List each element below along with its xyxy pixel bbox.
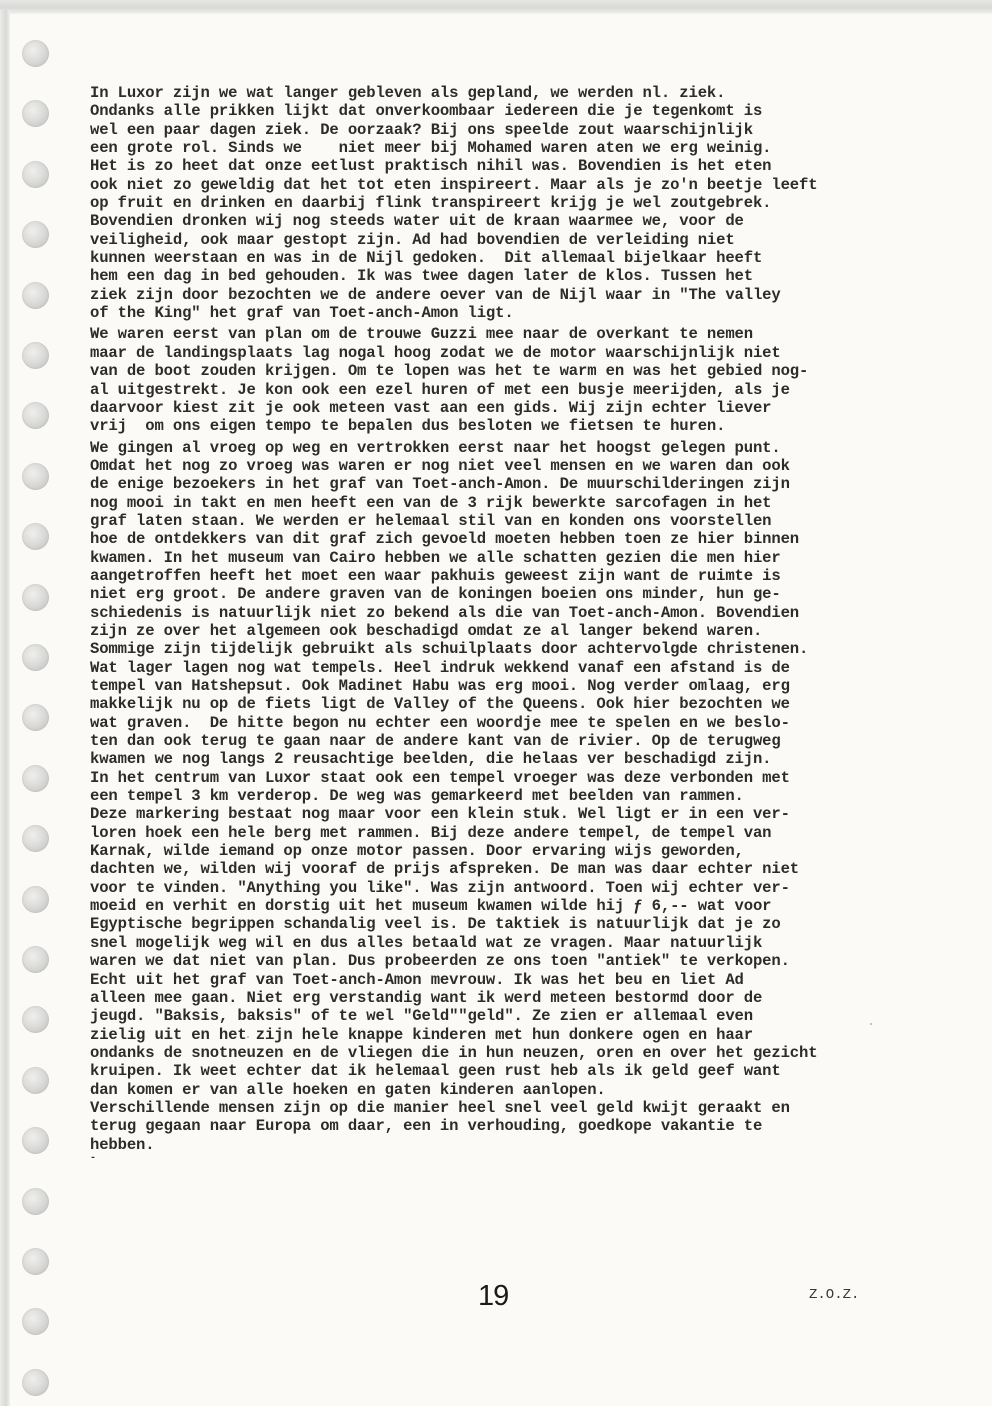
- text-line: kruipen. Ik weet echter dat ik helemaal …: [90, 1062, 980, 1080]
- text-line: We gingen al vroeg op weg en vertrokken …: [90, 439, 980, 457]
- text-line: Egyptische begrippen schandalig veel is.…: [90, 915, 980, 933]
- punched-hole-icon: [22, 40, 49, 67]
- paper-speck: [247, 1036, 249, 1038]
- text-line: schiedenis is natuurlijk niet zo bekend …: [90, 604, 980, 622]
- text-line: tempel van Hatshepsut. Ook Madinet Habu …: [90, 677, 980, 695]
- text-line: alleen mee gaan. Niet erg verstandig wan…: [90, 989, 980, 1007]
- text-line: kwamen we nog langs 2 reusachtige beelde…: [90, 750, 980, 768]
- text-line: niet erg groot. De andere graven van de …: [90, 585, 980, 603]
- text-line: al uitgestrekt. Je kon ook een ezel hure…: [90, 381, 980, 399]
- text-line: Deze markering bestaat nog maar voor een…: [90, 805, 980, 823]
- paragraph: We gingen al vroeg op weg en vertrokken …: [90, 439, 980, 1154]
- text-line: terug gegaan naar Europa om daar, een in…: [90, 1117, 980, 1135]
- punched-hole-icon: [22, 342, 49, 369]
- text-line: dan komen er van alle hoeken en gaten ki…: [90, 1081, 980, 1099]
- text-line: Wat lager lagen nog wat tempels. Heel in…: [90, 659, 980, 677]
- text-line: ziek zijn door bezochten we de andere oe…: [90, 286, 980, 304]
- text-line: jeugd. "Baksis, baksis" of te wel "Geld"…: [90, 1007, 980, 1025]
- text-line: nog mooi in takt en men heeft een van de…: [90, 494, 980, 512]
- page-number: 19: [478, 1280, 508, 1313]
- punched-hole-icon: [22, 765, 49, 792]
- end-mark: -: [90, 1154, 980, 1164]
- text-line: loren hoek een hele berg met rammen. Bij…: [90, 824, 980, 842]
- text-line: Omdat het nog zo vroeg was waren er nog …: [90, 457, 980, 475]
- punched-hole-icon: [22, 1127, 49, 1154]
- text-line: van de boot zouden krijgen. Om te lopen …: [90, 362, 980, 380]
- punched-hole-icon: [22, 282, 49, 309]
- text-line: Verschillende mensen zijn op die manier …: [90, 1099, 980, 1117]
- text-line: Echt uit het graf van Toet-anch-Amon mev…: [90, 971, 980, 989]
- punched-hole-icon: [22, 644, 49, 671]
- text-line: Bovendien dronken wij nog steeds water u…: [90, 212, 980, 230]
- punched-hole-icon: [22, 523, 49, 550]
- document-body: In Luxor zijn we wat langer gebleven als…: [90, 84, 980, 1164]
- paragraph: We waren eerst van plan om de trouwe Guz…: [90, 325, 980, 435]
- punched-hole-icon: [22, 463, 49, 490]
- text-line: een tempel 3 km verderop. De weg was gem…: [90, 787, 980, 805]
- text-line: veiligheid, ook maar gestopt zijn. Ad ha…: [90, 231, 980, 249]
- text-line: hoe de ontdekkers van dit graf zich gevo…: [90, 530, 980, 548]
- punched-hole-icon: [22, 100, 49, 127]
- text-line: maar de landingsplaats lag nogal hoog zo…: [90, 344, 980, 362]
- continue-note: Z.O.Z.: [809, 1287, 859, 1303]
- text-line: daarvoor kiest zit je ook meteen vast aa…: [90, 399, 980, 417]
- page-top-edge: [0, 0, 992, 14]
- text-line: ook niet zo geweldig dat het tot eten in…: [90, 176, 980, 194]
- text-line: In het centrum van Luxor staat ook een t…: [90, 769, 980, 787]
- text-line: moeid en verhit en dorstig uit het museu…: [90, 897, 980, 915]
- punched-hole-icon: [22, 886, 49, 913]
- punched-hole-icon: [22, 584, 49, 611]
- text-line: een grote rol. Sinds we niet meer bij Mo…: [90, 139, 980, 157]
- text-line: snel mogelijk weg wil en dus alles betaa…: [90, 934, 980, 952]
- text-line: Het is zo heet dat onze eetlust praktisc…: [90, 157, 980, 175]
- binder-holes: [0, 0, 70, 1406]
- punched-hole-icon: [22, 161, 49, 188]
- punched-hole-icon: [22, 946, 49, 973]
- text-line: wel een paar dagen ziek. De oorzaak? Bij…: [90, 121, 980, 139]
- text-line: Sommige zijn tijdelijk gebruikt als schu…: [90, 640, 980, 658]
- text-line: voor te vinden. "Anything you like". Was…: [90, 879, 980, 897]
- text-line: Ondanks alle prikken lijkt dat onverkoom…: [90, 102, 980, 120]
- text-line: dachten we, wilden wij vooraf de prijs a…: [90, 860, 980, 878]
- punched-hole-icon: [22, 1188, 49, 1215]
- text-line: waren we dat niet van plan. Dus probeerd…: [90, 952, 980, 970]
- punched-hole-icon: [22, 1308, 49, 1335]
- text-line: vrij om ons eigen tempo te bepalen dus b…: [90, 417, 980, 435]
- punched-hole-icon: [22, 825, 49, 852]
- text-line: wat graven. De hitte begon nu echter een…: [90, 714, 980, 732]
- punched-hole-icon: [22, 1006, 49, 1033]
- text-line: In Luxor zijn we wat langer gebleven als…: [90, 84, 980, 102]
- text-line: ten dan ook terug te gaan naar de andere…: [90, 732, 980, 750]
- text-line: de enige bezoekers in het graf van Toet-…: [90, 475, 980, 493]
- text-line: kwamen. In het museum van Cairo hebben w…: [90, 549, 980, 567]
- text-line: op fruit en drinken en daarbij flink tra…: [90, 194, 980, 212]
- text-line: zijn ze over het algemeen ook beschadigd…: [90, 622, 980, 640]
- text-line: kunnen weerstaan en was in de Nijl gedok…: [90, 249, 980, 267]
- text-line: makkelijk nu op de fiets ligt de Valley …: [90, 695, 980, 713]
- paper-speck: [870, 1023, 872, 1025]
- text-line: zielig uit en het zijn hele knappe kinde…: [90, 1026, 980, 1044]
- punched-hole-icon: [22, 1067, 49, 1094]
- punched-hole-icon: [22, 221, 49, 248]
- text-line: hebben.: [90, 1136, 980, 1154]
- text-line: aangetroffen heeft het moet een waar pak…: [90, 567, 980, 585]
- text-line: graf laten staan. We werden er helemaal …: [90, 512, 980, 530]
- paragraph: In Luxor zijn we wat langer gebleven als…: [90, 84, 980, 322]
- text-line: of the King" het graf van Toet-anch-Amon…: [90, 304, 980, 322]
- punched-hole-icon: [22, 402, 49, 429]
- text-line: Karnak, wilde iemand op onze motor passe…: [90, 842, 980, 860]
- text-line: hem een dag in bed gehouden. Ik was twee…: [90, 267, 980, 285]
- punched-hole-icon: [22, 1369, 49, 1396]
- text-line: ondanks de snotneuzen en de vliegen die …: [90, 1044, 980, 1062]
- text-line: We waren eerst van plan om de trouwe Guz…: [90, 325, 980, 343]
- punched-hole-icon: [22, 1248, 49, 1275]
- punched-hole-icon: [22, 704, 49, 731]
